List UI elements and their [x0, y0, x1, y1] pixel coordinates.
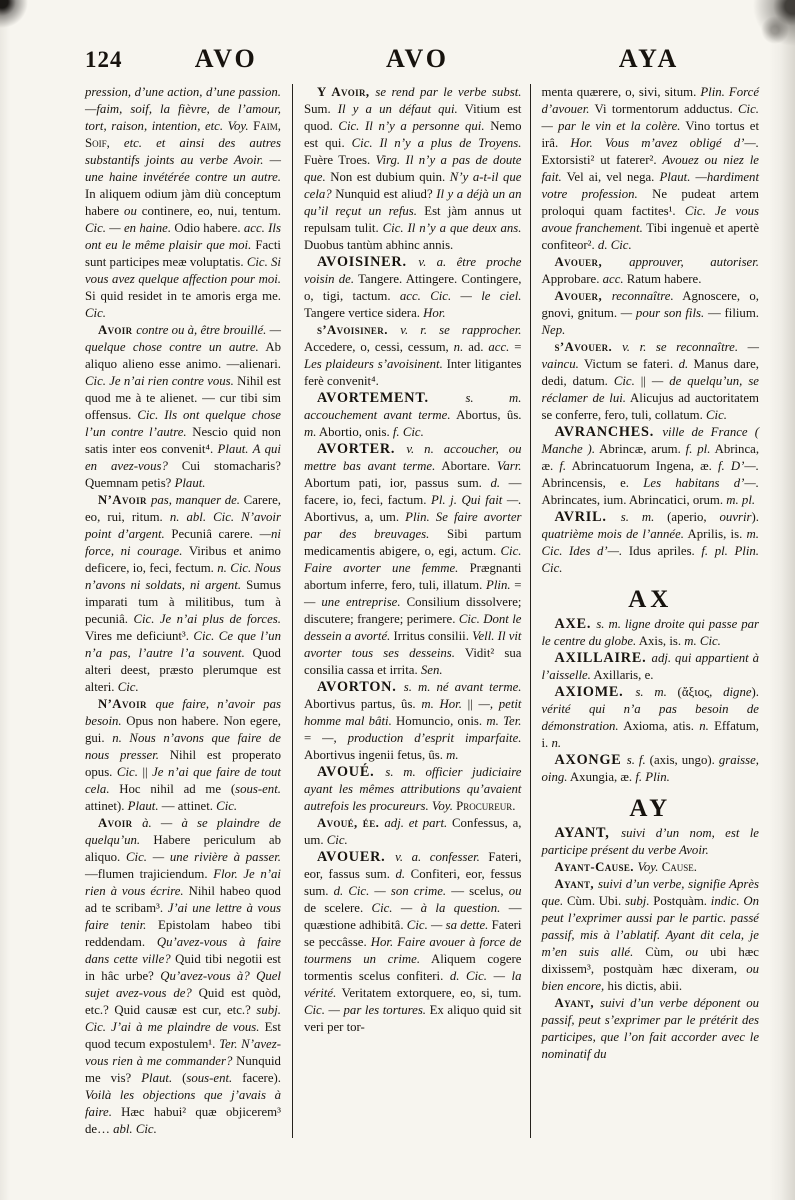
page-number: 124	[85, 47, 123, 73]
running-title-col1: AVO	[195, 44, 258, 74]
header-center: AVO	[296, 44, 539, 74]
entry-headword: AVRIL.	[554, 509, 620, 525]
entry-headword: s’Avoisiner.	[317, 323, 400, 337]
entry-headword: AYANT,	[554, 825, 621, 841]
dictionary-entry: AVORTON. s. m. né avant terme. Abortivus…	[304, 679, 522, 764]
entry-headword: AVOUER.	[317, 849, 395, 865]
dictionary-entry: AXIOME. s. m. (ἄξιος, digne). vérité qui…	[541, 684, 759, 752]
column-2: Y Avoir, se rend par le verbe subst. Sum…	[292, 84, 531, 1138]
dictionary-entry: AYANT, suivi d’un nom, est le participe …	[541, 825, 759, 859]
dictionary-entry: s’Avoisiner. v. r. se rapprocher. Accede…	[304, 322, 522, 390]
entry-headword: Avouer,	[554, 255, 629, 269]
dictionary-entry: AVORTER. v. n. accoucher, ou mettre bas …	[304, 441, 522, 679]
running-title-col2: AVO	[386, 44, 449, 74]
page-header: 124 AVO AVO AYA	[0, 0, 795, 74]
dictionary-entry: AVORTEMENT. s. m. accouchement avant ter…	[304, 390, 522, 441]
dictionary-entry: AVOISINER. v. a. être proche voisin de. …	[304, 254, 522, 322]
entry-headword: N’Avoir	[98, 697, 156, 711]
text-columns: pression, d’une action, d’une passion. —…	[0, 74, 795, 1138]
entry-headword: AVORTER.	[317, 441, 406, 457]
dictionary-entry: Ayant, suivi d’un verbe, signifie Après …	[541, 876, 759, 995]
entry-headword: Y Avoir,	[317, 85, 375, 99]
dictionary-entry: Avoué, ée. adj. et part. Confessus, a, u…	[304, 815, 522, 849]
dictionary-entry: Avoir contre ou à, être brouillé. — quel…	[85, 322, 281, 492]
entry-headword: Ayant-Cause.	[554, 860, 637, 874]
dictionary-entry: N’Avoir que faire, n’avoir pas besoin. O…	[85, 696, 281, 815]
header-left: 124 AVO	[85, 44, 296, 74]
scanned-dictionary-page: 124 AVO AVO AYA pression, d’une action, …	[0, 0, 795, 1200]
dictionary-entry: N’Avoir pas, manquer de. Carere, eo, rui…	[85, 492, 281, 696]
entry-headword: Avoir	[98, 323, 136, 337]
running-title-col3: AYA	[619, 44, 680, 74]
entry-headword: AVOISINER.	[317, 254, 418, 270]
entry-headword: AXE.	[554, 616, 596, 632]
header-right: AYA	[539, 44, 759, 74]
entry-headword: N’Avoir	[98, 493, 151, 507]
entry-headword: AVORTON.	[317, 679, 404, 695]
entry-headword: AVRANCHES.	[554, 424, 662, 440]
column-3: menta quærere, o, sivi, situm. Plin. For…	[530, 84, 759, 1138]
column-1: pression, d’une action, d’une passion. —…	[85, 84, 292, 1138]
entry-headword: AVORTEMENT.	[317, 390, 465, 406]
dictionary-entry: AXE. s. m. ligne droite qui passe par le…	[541, 616, 759, 650]
dictionary-entry: pression, d’une action, d’une passion. —…	[85, 84, 281, 322]
entry-headword: Avoir	[98, 816, 142, 830]
section-heading: AY	[541, 800, 759, 817]
dictionary-entry: AVOUER. v. a. confesser. Fateri, eor, fa…	[304, 849, 522, 1036]
dictionary-entry: s’Avouer. v. r. se reconnaître. — vaincu…	[541, 339, 759, 424]
entry-headword: AXIOME.	[554, 684, 635, 700]
dictionary-entry: AVRIL. s. m. (aperio, ouvrir). quatrième…	[541, 509, 759, 577]
dictionary-entry: Y Avoir, se rend par le verbe subst. Sum…	[304, 84, 522, 254]
entry-headword: AVOUÉ.	[317, 764, 385, 780]
entry-headword: Avoué, ée.	[317, 816, 384, 830]
dictionary-entry: menta quærere, o, sivi, situm. Plin. For…	[541, 84, 759, 254]
dictionary-entry: Ayant, suivi d’un verbe déponent ou pass…	[541, 995, 759, 1063]
entry-headword: Ayant,	[554, 877, 598, 891]
dictionary-entry: AVOUÉ. s. m. officier judiciaire ayant l…	[304, 764, 522, 815]
entry-headword: AXILLAIRE.	[554, 650, 651, 666]
dictionary-entry: Ayant-Cause. Voy. Cause.	[541, 859, 759, 876]
dictionary-entry: AVRANCHES. ville de France ( Manche ). A…	[541, 424, 759, 509]
dictionary-entry: AXONGE s. f. (axis, ungo). graisse, oing…	[541, 752, 759, 786]
dictionary-entry: Avouer, reconnaître. Agnoscere, o, gnovi…	[541, 288, 759, 339]
entry-headword: AXONGE	[554, 752, 626, 768]
dictionary-entry: Avoir à. — à se plaindre de quelqu’un. H…	[85, 815, 281, 1138]
section-heading: AX	[541, 591, 759, 608]
dictionary-entry: AXILLAIRE. adj. qui appartient à l’aisse…	[541, 650, 759, 684]
entry-headword: s’Avouer.	[554, 340, 622, 354]
entry-headword: Ayant,	[554, 996, 600, 1010]
entry-headword: Avouer,	[554, 289, 611, 303]
dictionary-entry: Avouer, approuver, autoriser. Approbare.…	[541, 254, 759, 288]
